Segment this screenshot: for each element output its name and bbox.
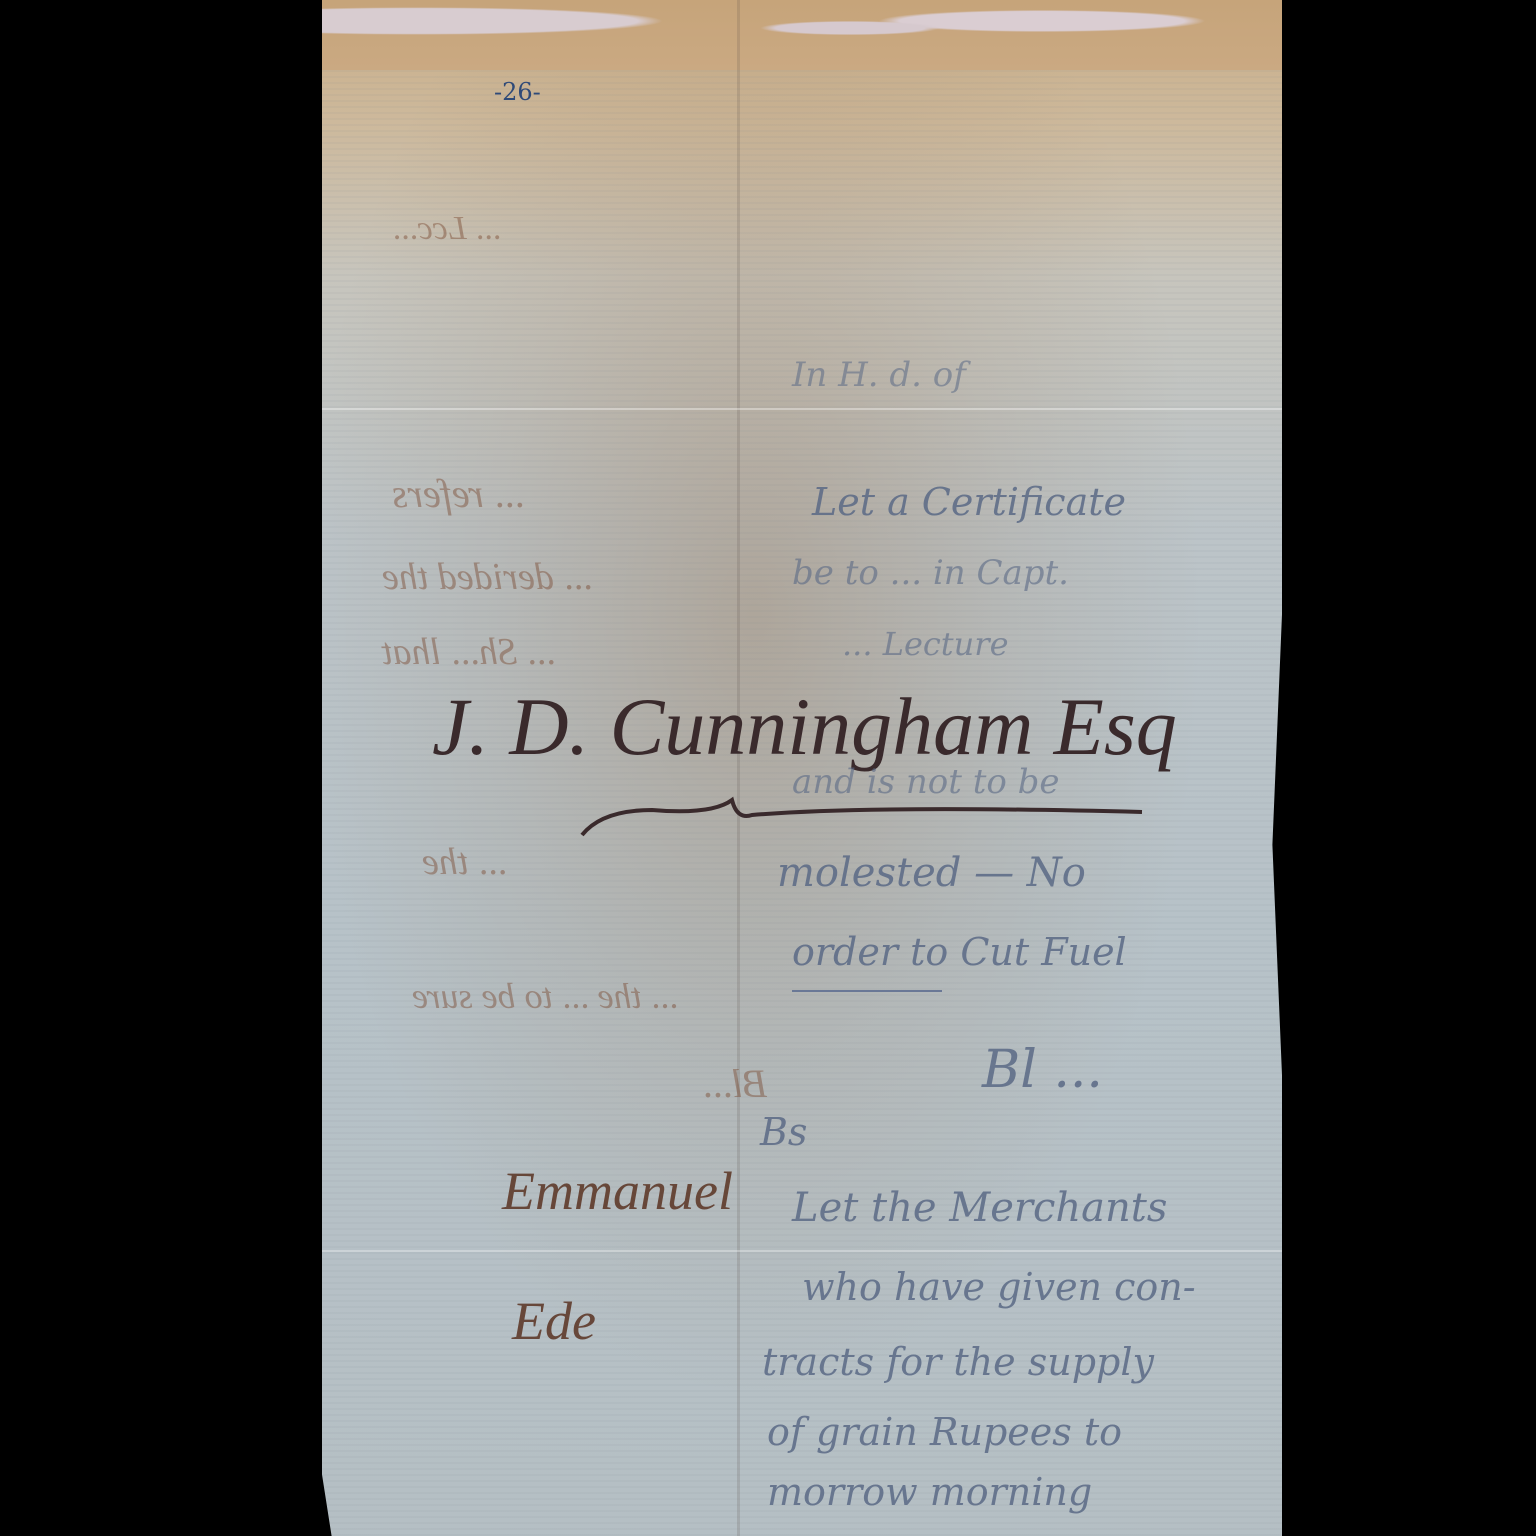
bleed-through-text: ... Sh... lhat [382,630,555,674]
horizontal-fold-line [322,408,1282,410]
pencil-initials: Bl ... [982,1040,1103,1100]
bleed-through-text: ... derided the [382,555,592,599]
pencil-initials-small: Bs [760,1110,807,1154]
bleed-through-text: Bl... [702,1060,768,1107]
bleed-through-signature: Emmanuel [502,1160,733,1222]
pencil-note-line: who have given con- [802,1265,1196,1309]
pencil-underline [792,990,942,992]
document-page: -26- ... Lcc... ... refers ... derided t… [322,0,1282,1536]
pencil-note-line: order to Cut Fuel [792,930,1127,974]
pencil-note-line: of grain Rupees to [767,1410,1122,1454]
bleed-through-signature: Ede [512,1290,596,1352]
bleed-through-text: ... the ... to be sure [412,975,678,1017]
pencil-note-line: Let the Merchants [792,1185,1167,1231]
pencil-note-line: tracts for the supply [762,1340,1154,1384]
pencil-note-line: morrow morning [767,1470,1092,1514]
bleed-through-text: ... Lcc... [392,210,501,248]
bleed-through-text: ... the [422,840,506,884]
pencil-note-line: Let a Certificate [812,480,1126,524]
pencil-heading: In H. d. of [792,355,966,395]
pencil-note-line: molested — No [777,850,1086,896]
horizontal-fold-line-lower [322,1250,1282,1252]
page-number: -26- [494,78,541,106]
pencil-note-line: be to ... in Capt. [792,553,1069,593]
bleed-through-text: ... refers [392,470,524,517]
addressee-name: J. D. Cunningham Esq [432,680,1177,774]
pencil-note-line: and is not to be [792,762,1060,802]
torn-top-edge [322,0,1282,70]
pencil-note-line: ... Lecture [842,625,1009,663]
